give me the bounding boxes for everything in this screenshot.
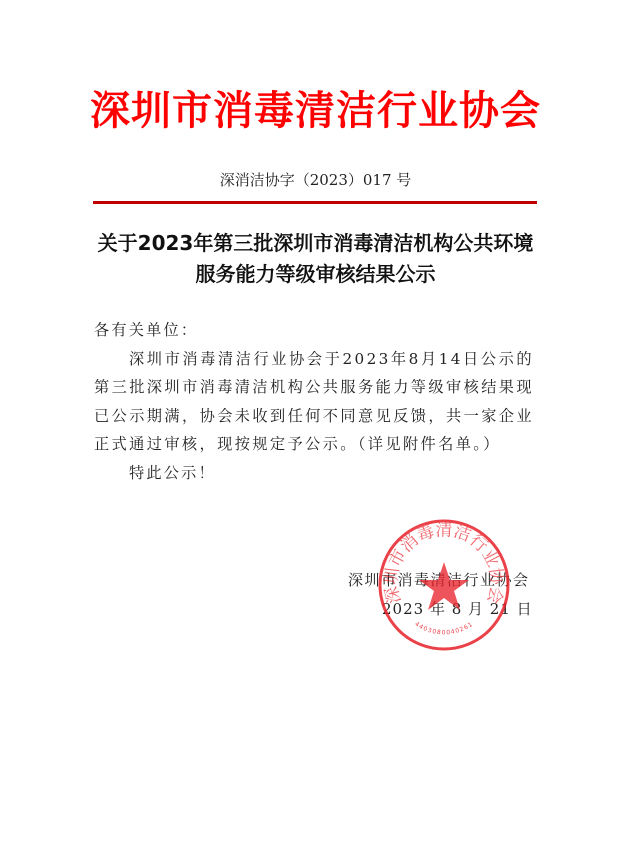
document-body: 各有关单位： 深圳市消毒清洁行业协会于2023年8月14日公示的第三批深圳市消毒… [94, 316, 534, 488]
document-title: 关于2023年第三批深圳市消毒清洁机构公共环境 服务能力等级审核结果公示 [60, 228, 571, 290]
official-seal-icon: 深圳市消毒清洁行业协会 4403080040261 [377, 518, 511, 652]
body-paragraph: 深圳市消毒清洁行业协会于2023年8月14日公示的第三批深圳市消毒清洁机构公共服… [94, 345, 534, 459]
title-line-2: 服务能力等级审核结果公示 [60, 259, 571, 290]
title-line-1: 关于2023年第三批深圳市消毒清洁机构公共环境 [60, 228, 571, 259]
document-number: 深消洁协字（2023）017 号 [0, 169, 631, 191]
closing-statement: 特此公示！ [94, 459, 534, 488]
letterhead-organization: 深圳市消毒清洁行业协会 [0, 86, 631, 136]
salutation: 各有关单位： [94, 316, 534, 345]
svg-text:4403080040261: 4403080040261 [413, 621, 474, 637]
seal-code-text: 4403080040261 [413, 621, 474, 637]
document-page: 深圳市消毒清洁行业协会 深消洁协字（2023）017 号 关于2023年第三批深… [0, 0, 631, 852]
letterhead-divider [93, 201, 537, 204]
